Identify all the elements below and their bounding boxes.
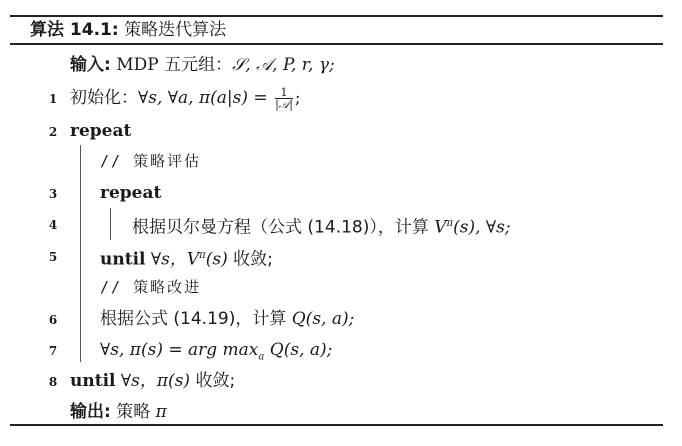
math-rest: (s), ∀s; — [453, 218, 511, 238]
math-rest: Q(s, a); — [264, 340, 332, 360]
input-line: 输入: MDP 五元组：𝒮, 𝒜, P, r, γ; — [70, 52, 335, 78]
init-label: 初始化： — [70, 88, 138, 108]
output-math: π — [156, 402, 167, 422]
line-number: 7 — [46, 337, 60, 363]
math-v: V — [434, 218, 446, 238]
input-label: 输入: — [70, 55, 111, 75]
line-number: 3 — [46, 180, 60, 206]
semicolon: ; — [295, 88, 301, 108]
keyword-repeat: repeat — [100, 183, 161, 203]
output-text: 策略 — [116, 402, 155, 422]
algo-line-5: until ∀s，Vπ(s) 收敛; — [100, 243, 273, 269]
init-math: ∀s, ∀a, π(a|s) = — [138, 88, 273, 108]
input-text: MDP 五元组： — [116, 55, 232, 75]
line-number: 2 — [46, 118, 60, 144]
line-number: 6 — [46, 306, 60, 332]
converge-text: 收敛; — [190, 371, 235, 391]
comment-policy-improvement: // 策略改进 — [100, 274, 201, 300]
formula-text: 根据公式 (14.19)，计算 — [100, 309, 292, 329]
math-sup: π — [199, 250, 206, 261]
algorithm-label: 算法 14.1: — [30, 20, 119, 40]
math-v: V — [187, 250, 199, 270]
algo-line-1: 初始化：∀s, ∀a, π(a|s) = 1|𝒜|; — [70, 85, 301, 111]
inner-block-bar — [110, 208, 111, 240]
bellman-text: 根据贝尔曼方程（公式 (14.18)），计算 — [132, 218, 434, 238]
comment-policy-evaluation: // 策略评估 — [100, 148, 201, 174]
title-rule — [10, 43, 663, 45]
line-number: 4 — [46, 211, 60, 237]
algo-line-6: 根据公式 (14.19)，计算 Q(s, a); — [100, 306, 354, 332]
line-number: 5 — [46, 243, 60, 269]
keyword-repeat: repeat — [70, 121, 131, 141]
algo-line-8: until ∀s，π(s) 收敛; — [70, 368, 235, 394]
algo-line-7: ∀s, π(s) = arg maxa Q(s, a); — [100, 337, 332, 363]
math-rest: (s) — [206, 250, 228, 270]
math-forall: ∀s，π(s) — [116, 371, 191, 391]
math-forall: ∀s， — [146, 250, 187, 270]
keyword-until: until — [100, 250, 146, 270]
fraction: 1|𝒜| — [275, 87, 293, 110]
algorithm-title: 算法 14.1: 策略迭代算法 — [30, 17, 226, 43]
algorithm-name: 策略迭代算法 — [124, 20, 226, 40]
output-label: 输出: — [70, 402, 111, 422]
line-number: 8 — [46, 368, 60, 394]
input-math: 𝒮, 𝒜, P, r, γ; — [232, 55, 335, 75]
outer-block-bar — [80, 145, 81, 362]
keyword-until: until — [70, 371, 116, 391]
output-line: 输出: 策略 π — [70, 399, 167, 425]
fraction-denominator: |𝒜| — [275, 99, 293, 110]
converge-text: 收敛; — [228, 250, 273, 270]
algo-line-3: repeat — [100, 180, 161, 206]
argmax-math: ∀s, π(s) = arg max — [100, 340, 258, 360]
line-number: 1 — [46, 85, 60, 111]
algo-line-2: repeat — [70, 118, 131, 144]
q-math: Q(s, a); — [292, 309, 355, 329]
bottom-rule — [10, 424, 663, 426]
algo-line-4: 根据贝尔曼方程（公式 (14.18)），计算 Vπ(s), ∀s; — [132, 211, 511, 237]
